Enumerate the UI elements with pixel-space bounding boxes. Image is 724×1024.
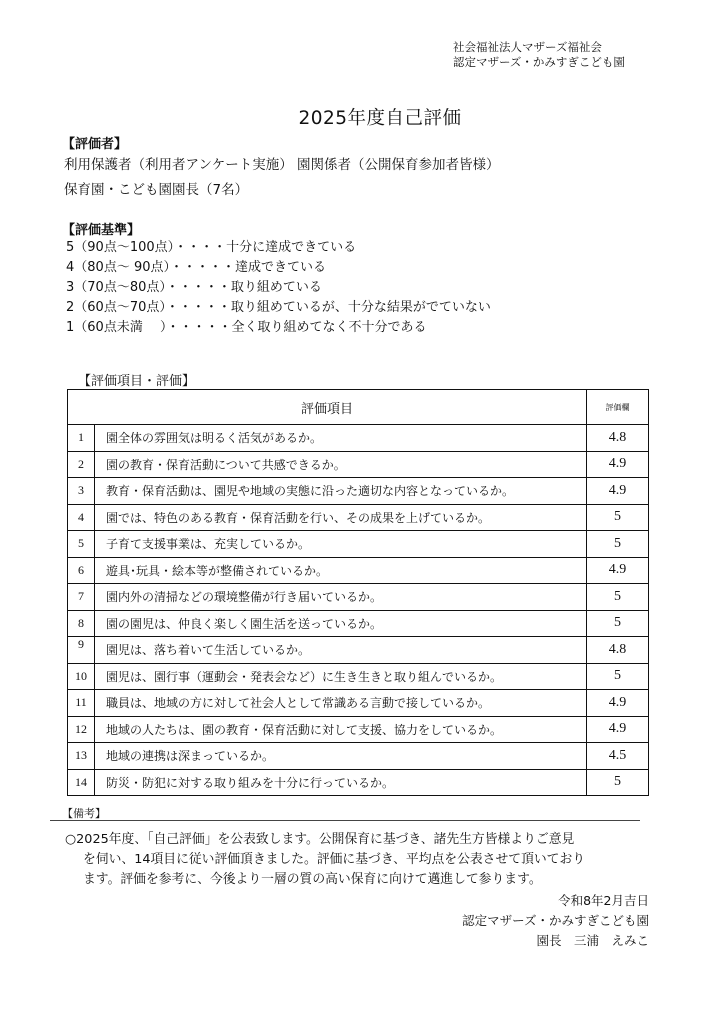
row-number: 7 <box>68 584 95 611</box>
column-header-item: 評価項目 <box>68 390 587 425</box>
row-score: 4.9 <box>587 716 649 743</box>
row-score: 5 <box>587 769 649 796</box>
remarks-heading: 【備考】 <box>62 805 106 821</box>
remarks-line-3: ます。評価を参考に、今後より一層の質の高い保育に向けて邁進して参ります。 <box>65 870 665 890</box>
row-score: 4.9 <box>587 557 649 584</box>
table-row: 3教育・保育活動は、園児や地域の実態に沿った適切な内容となっているか。4.9 <box>68 478 649 505</box>
row-score: 4.9 <box>587 451 649 478</box>
row-item: 園児は、園行事（運動会・発表会など）に生き生きと取り組んでいるか。 <box>95 663 587 690</box>
criteria-list: 5（90点～100点）・・・・十分に達成できている 4（80点～ 90点）・・・… <box>66 238 491 338</box>
remarks-divider <box>50 820 640 821</box>
row-score: 5 <box>587 663 649 690</box>
remarks-line-1: ○2025年度、「自己評価」を公表致します。公開保育に基づき、諸先生方皆様よりご… <box>65 830 665 850</box>
row-item: 子育て支援事業は、充実しているか。 <box>95 531 587 558</box>
row-score: 5 <box>587 584 649 611</box>
row-score: 4.9 <box>587 690 649 717</box>
criteria-heading: 【評価基準】 <box>62 219 140 238</box>
row-score: 5 <box>587 610 649 637</box>
row-number: 3 <box>68 478 95 505</box>
row-number: 2 <box>68 451 95 478</box>
row-score: 4.5 <box>587 743 649 770</box>
row-item: 園では、特色のある教育・保育活動を行い、その成果を上げているか。 <box>95 504 587 531</box>
table-row: 7園内外の清掃などの環境整備が行き届いているか。5 <box>68 584 649 611</box>
row-number: 5 <box>68 531 95 558</box>
row-number: 12 <box>68 716 95 743</box>
evaluators-heading: 【評価者】 <box>62 133 127 152</box>
row-number: 14 <box>68 769 95 796</box>
row-number: 10 <box>68 663 95 690</box>
row-number: 11 <box>68 690 95 717</box>
row-item: 教育・保育活動は、園児や地域の実態に沿った適切な内容となっているか。 <box>95 478 587 505</box>
evaluation-heading: 【評価項目・評価】 <box>78 370 195 389</box>
table-header-row: 評価項目 評価欄 <box>68 390 649 425</box>
signature-organization: 認定マザーズ・かみすぎこども園 <box>462 912 649 930</box>
table-row: 14防災・防犯に対する取り組みを十分に行っているか。5 <box>68 769 649 796</box>
row-score: 5 <box>587 531 649 558</box>
table-row: 9園児は、落ち着いて生活しているか。4.8 <box>68 637 649 664</box>
table-row: 4園では、特色のある教育・保育活動を行い、その成果を上げているか。5 <box>68 504 649 531</box>
row-item: 遊具･玩具・絵本等が整備されているか。 <box>95 557 587 584</box>
row-number: 8 <box>68 610 95 637</box>
page-title: 2025年度自己評価 <box>0 104 724 130</box>
row-number: 1 <box>68 425 95 452</box>
evaluation-table: 評価項目 評価欄 1園全体の雰囲気は明るく活気があるか。4.8 2園の教育・保育… <box>67 389 649 796</box>
row-score: 4.8 <box>587 425 649 452</box>
row-item: 地域の人たちは、園の教育・保育活動に対して支援、協力をしているか。 <box>95 716 587 743</box>
row-item: 防災・防犯に対する取り組みを十分に行っているか。 <box>95 769 587 796</box>
row-number: 6 <box>68 557 95 584</box>
remarks-text: ○2025年度、「自己評価」を公表致します。公開保育に基づき、諸先生方皆様よりご… <box>65 830 665 890</box>
row-score: 4.9 <box>587 478 649 505</box>
row-number: 9 <box>68 637 95 664</box>
organization-name: 社会福祉法人マザーズ福祉会 <box>453 40 625 55</box>
organization-header: 社会福祉法人マザーズ福祉会 認定マザーズ・かみすぎこども園 <box>453 40 625 70</box>
table-row: 6遊具･玩具・絵本等が整備されているか。4.9 <box>68 557 649 584</box>
column-header-rating: 評価欄 <box>587 390 649 425</box>
table-row: 1園全体の雰囲気は明るく活気があるか。4.8 <box>68 425 649 452</box>
row-item: 園内外の清掃などの環境整備が行き届いているか。 <box>95 584 587 611</box>
criteria-item: 3（70点～80点）・・・・・取り組めている <box>66 278 491 298</box>
table-row: 11職員は、地域の方に対して社会人として常識ある言動で接しているか。4.9 <box>68 690 649 717</box>
row-item: 園の園児は、仲良く楽しく園生活を送っているか。 <box>95 610 587 637</box>
facility-name: 認定マザーズ・かみすぎこども園 <box>453 55 625 70</box>
table-row: 13地域の連携は深まっているか。4.5 <box>68 743 649 770</box>
table-row: 2園の教育・保育活動について共感できるか。4.9 <box>68 451 649 478</box>
evaluators-line-1: 利用保護者（利用者アンケート実施） 園関係者（公開保育参加者皆様） <box>64 153 499 173</box>
row-item: 地域の連携は深まっているか。 <box>95 743 587 770</box>
row-item: 園の教育・保育活動について共感できるか。 <box>95 451 587 478</box>
table-row: 12地域の人たちは、園の教育・保育活動に対して支援、協力をしているか。4.9 <box>68 716 649 743</box>
row-number: 13 <box>68 743 95 770</box>
table-row: 10園児は、園行事（運動会・発表会など）に生き生きと取り組んでいるか。5 <box>68 663 649 690</box>
row-score: 4.8 <box>587 637 649 664</box>
row-number: 4 <box>68 504 95 531</box>
table-row: 5子育て支援事業は、充実しているか。5 <box>68 531 649 558</box>
table-row: 8園の園児は、仲良く楽しく園生活を送っているか。5 <box>68 610 649 637</box>
criteria-item: 2（60点～70点）・・・・・取り組めているが、十分な結果がでていない <box>66 298 491 318</box>
signature-principal: 園長 三浦 えみこ <box>536 932 649 950</box>
row-score: 5 <box>587 504 649 531</box>
criteria-item: 1（60点未満 ）・・・・・全く取り組めてなく不十分である <box>66 318 491 338</box>
criteria-item: 4（80点～ 90点）・・・・・達成できている <box>66 258 491 278</box>
remarks-line-2: を伺い、14項目に従い評価頂きました。評価に基づき、平均点を公表させて頂いており <box>65 850 665 870</box>
row-item: 園児は、落ち着いて生活しているか。 <box>95 637 587 664</box>
row-item: 職員は、地域の方に対して社会人として常識ある言動で接しているか。 <box>95 690 587 717</box>
signature-date: 令和8年2月吉日 <box>558 892 649 910</box>
evaluators-line-2: 保育園・こども園園長（7名） <box>64 178 248 198</box>
row-item: 園全体の雰囲気は明るく活気があるか。 <box>95 425 587 452</box>
criteria-item: 5（90点～100点）・・・・十分に達成できている <box>66 238 491 258</box>
